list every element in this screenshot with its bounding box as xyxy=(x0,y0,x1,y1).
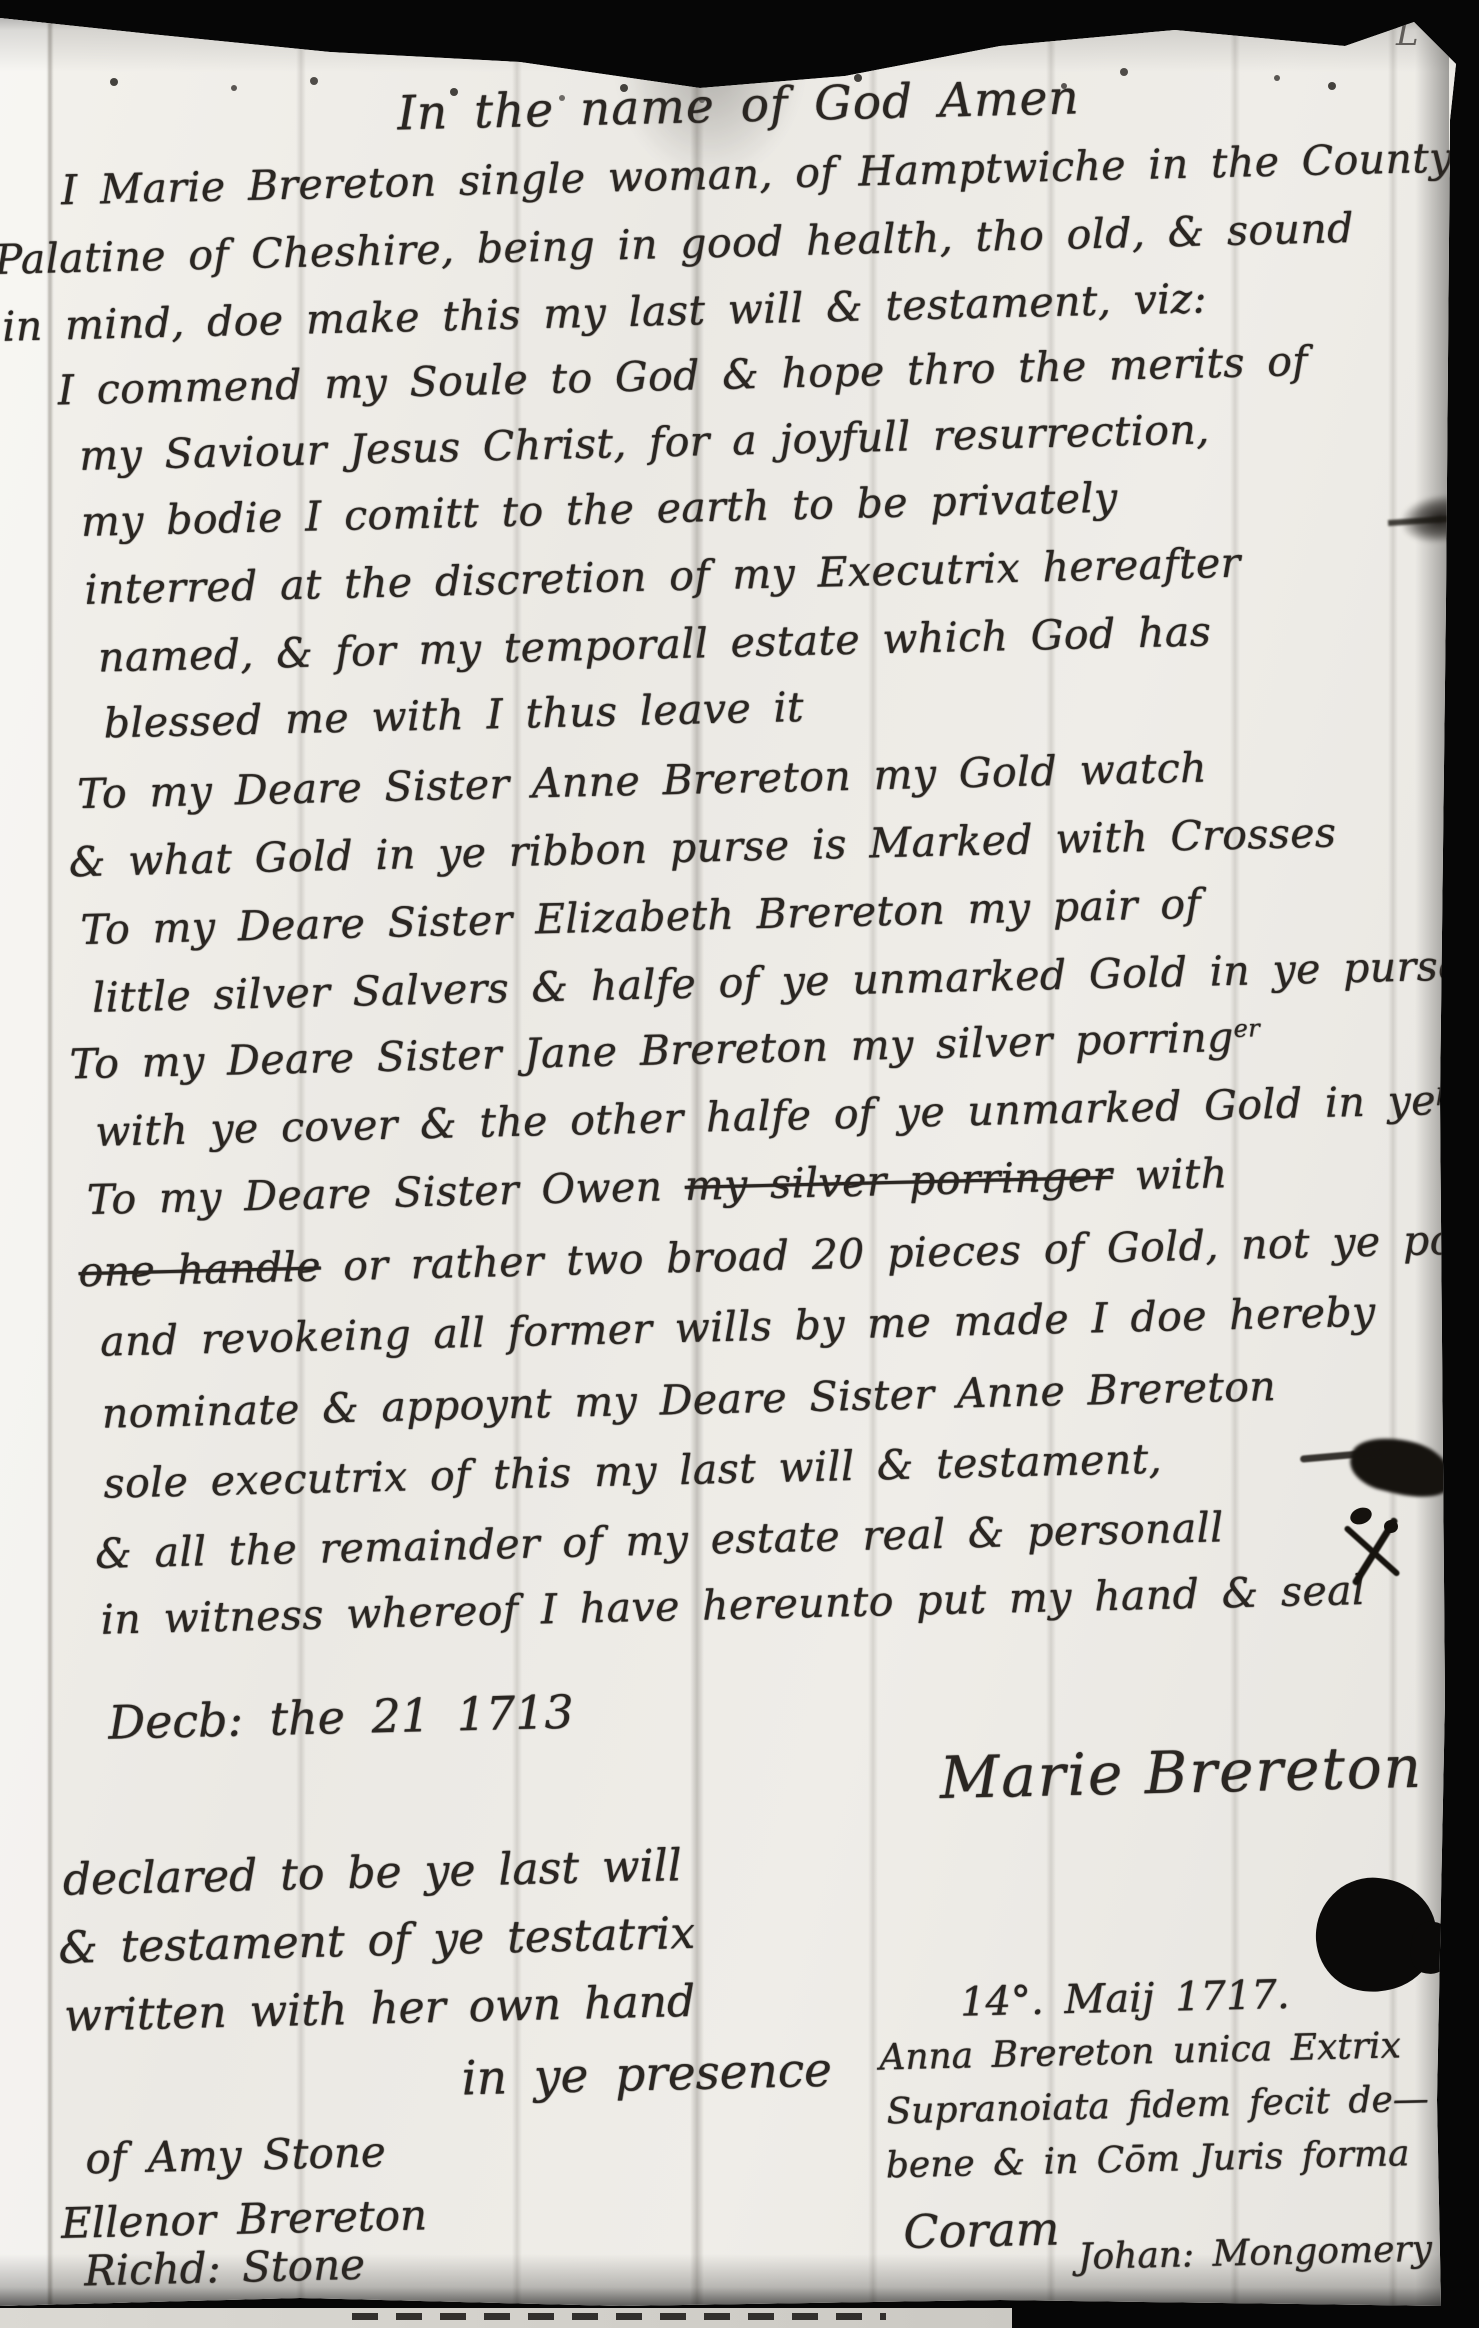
handwritten-text-layer: In the name of God Amen I Marie Brereton… xyxy=(0,0,1479,2328)
probate-line: bene & in Cōm Juris forma xyxy=(885,2133,1410,2186)
presence-line: in ye presence xyxy=(461,2043,832,2107)
will-line: To my Deare Sister Owen my silver porrin… xyxy=(86,1149,1228,1224)
will-line: interred at the discretion of my Executr… xyxy=(84,539,1241,614)
probate-line: Supranoiata fidem fecit de— xyxy=(886,2079,1429,2133)
will-line: & all the remainder of my estate real & … xyxy=(95,1503,1225,1578)
paper-sheet: L In the name of God Amen I Marie Breret… xyxy=(0,0,1479,2328)
attestation-line: declared to be ye last will xyxy=(62,1840,682,1906)
will-line: nominate & appoynt my Deare Sister Anne … xyxy=(101,1362,1276,1438)
will-line: with ye cover & the other halfe of ye un… xyxy=(95,1074,1479,1155)
will-dateline: Decb: the 21 1713 xyxy=(108,1685,575,1750)
scribble-dot xyxy=(1384,1520,1398,1533)
probate-date: 14°. Maij 1717. xyxy=(959,1972,1290,2026)
will-line: I Marie Brereton single woman, of Hamptw… xyxy=(61,134,1454,215)
will-line: my Saviour Jesus Christ, for a joyfull r… xyxy=(79,405,1210,480)
attestation-line: written with her own hand xyxy=(63,1976,695,2042)
witness-name: Ellenor Brereton xyxy=(60,2190,427,2248)
will-line: and revokeing all former wills by me mad… xyxy=(100,1288,1376,1366)
coram-label: Coram xyxy=(903,2201,1060,2259)
testator-signature: Marie Brereton xyxy=(939,1733,1424,1812)
will-line: my bodie I comitt to the earth to be pri… xyxy=(80,473,1118,545)
ink-speckles xyxy=(0,0,4,4)
will-heading: In the name of God Amen xyxy=(397,70,1081,141)
will-line: To my Deare Sister Jane Brereton my silv… xyxy=(69,1012,1261,1088)
scribble-dot xyxy=(1348,1505,1374,1528)
will-line: Palatine of Cheshire, being in good heal… xyxy=(0,204,1354,284)
will-line: To my Deare Sister Elizabeth Brereton my… xyxy=(80,880,1202,954)
witness-name: of Amy Stone xyxy=(85,2127,386,2183)
probate-line: Anna Brereton unica Extrix xyxy=(879,2025,1401,2078)
will-line: one handle or rather two broad 20 pieces… xyxy=(78,1213,1479,1296)
will-line: sole executrix of this my last will & te… xyxy=(103,1435,1162,1508)
will-line: To my Deare Sister Anne Brereton my Gold… xyxy=(77,743,1208,818)
will-line: blessed me with I thus leave it xyxy=(103,683,804,747)
surrogate-signature: Johan: Mongomery Surr: xyxy=(1078,2226,1479,2278)
will-line: in mind, doe make this my last will & te… xyxy=(2,274,1208,350)
will-line: little silver Salvers & halfe of ye unma… xyxy=(92,941,1464,1021)
attestation-line: & testament of ye testatrix xyxy=(58,1908,696,1974)
witness-name: Richd: Stone xyxy=(84,2240,366,2296)
will-line: I commend my Soule to God & hope thro th… xyxy=(57,337,1308,414)
bottom-dashed-marks xyxy=(352,2313,886,2320)
scanned-will-document: L In the name of God Amen I Marie Breret… xyxy=(0,0,1479,2328)
scribble-cross-mark xyxy=(1332,1506,1412,1596)
will-line: named, & for my temporall estate which G… xyxy=(98,607,1212,681)
will-line: & what Gold in ye ribbon purse is Marked… xyxy=(68,808,1336,886)
will-line: in witness whereof I have hereunto put m… xyxy=(100,1566,1366,1644)
